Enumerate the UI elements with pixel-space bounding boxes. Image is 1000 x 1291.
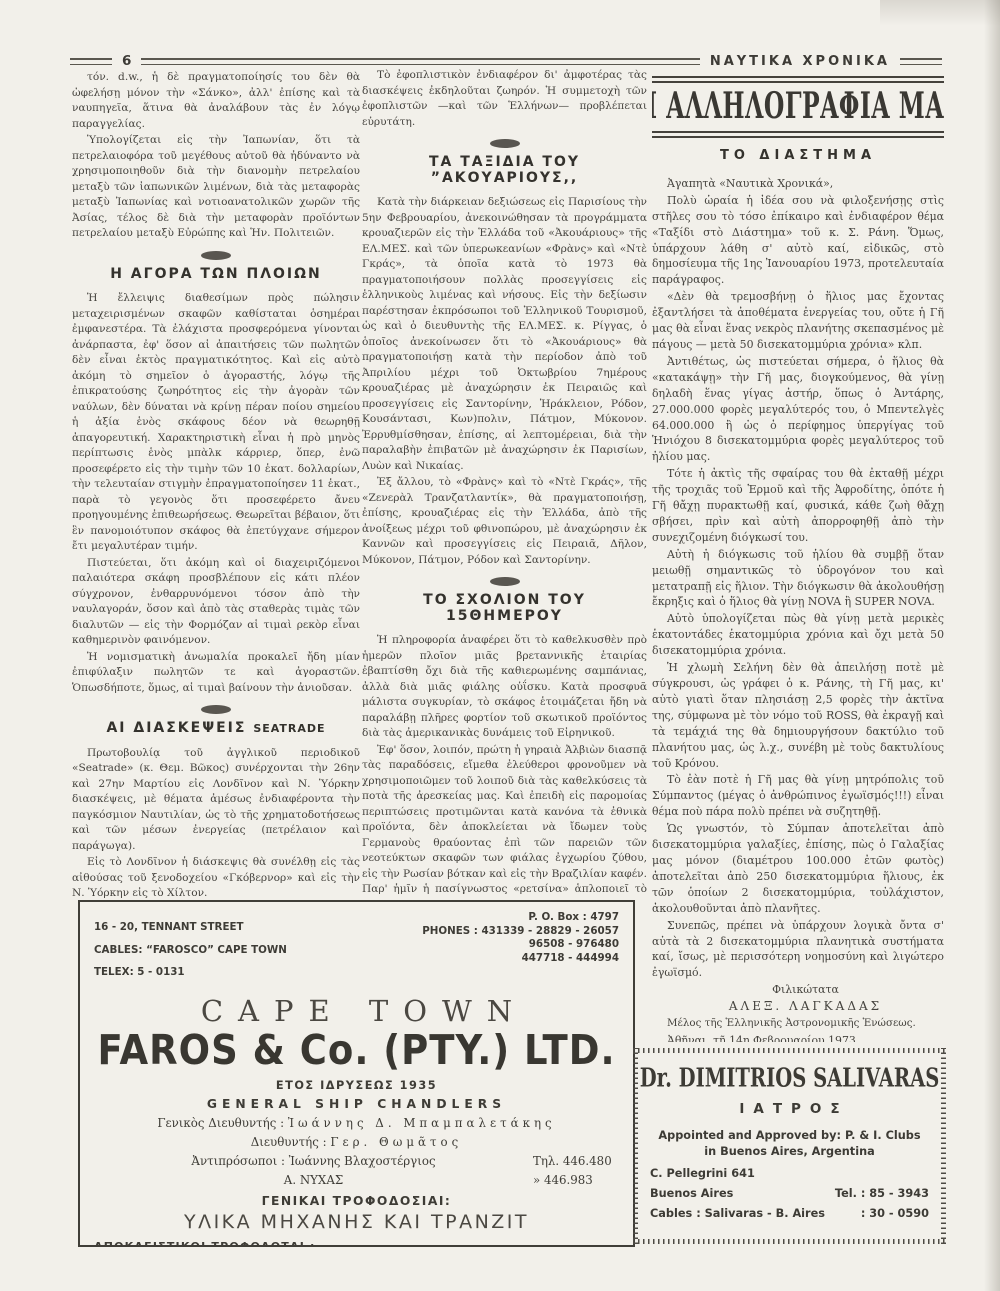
section-heading-fortnight-comment: ΤΟ ΣΧΟΛΙΟΝ ΤΟΥ 15ΘΗΜΕΡΟΥ bbox=[362, 593, 647, 624]
faros-po-box: P. O. Box : 4797 bbox=[422, 911, 619, 925]
faros-representative-row-2: Α. ΝΥΧΑΣ » 446.983 bbox=[94, 1173, 619, 1187]
salivaras-city: Buenos Aires bbox=[650, 1187, 733, 1200]
faros-phones-block: P. O. Box : 4797 PHONES : 431339 - 28829… bbox=[422, 911, 619, 988]
paragraph: Ἡ νομισματικὴ ἀνωμαλία προκαλεῖ ἤδη μίαν… bbox=[72, 650, 360, 697]
letter-closing: Φιλικώτατα bbox=[652, 982, 944, 998]
paragraph: Πρωτοβουλίᾳ τοῦ ἀγγλικοῦ περιοδικοῦ «Sea… bbox=[72, 746, 360, 855]
paragraph: Τὸ ἐφοπλιστικὸν ἐνδιαφέρον δι' ἀμφοτέρας… bbox=[362, 68, 647, 130]
paragraph: Τὸ ἐὰν ποτὲ ἡ Γῆ μας θὰ γίνῃ μητρόπολις … bbox=[652, 772, 944, 820]
column-right: Η ΑΛΛΗΛΟΓΡΑΦΙΑ ΜΑΣ ΤΟ ΔΙΑΣΤΗΜΑ Ἀγαπητὰ «… bbox=[652, 76, 944, 1042]
faros-city: CAPE TOWN bbox=[94, 994, 619, 1028]
faros-rep1-name: Ἰωάννης Βλαχοστέργιος bbox=[289, 1154, 436, 1168]
masthead-title: Η ΑΛΛΗΛΟΓΡΑΦΙΑ ΜΑΣ bbox=[652, 95, 944, 120]
middle-intro-paragraphs: Τὸ ἐφοπλιστικὸν ἐνδιαφέρον δι' ἀμφοτέρας… bbox=[362, 68, 647, 130]
faros-exclusive-label: ΑΠΟΚΛΕΙΣΤΙΚΟΙ ΤΡΟΦΟΔΟΤΑΙ : bbox=[94, 1240, 619, 1247]
faros-director-label: Διευθυντής : bbox=[251, 1135, 327, 1149]
paragraph: CABLES: “FAROSCO” CAPE TOWN bbox=[94, 944, 287, 956]
salivaras-cables-row: Cables : Salivaras - B. Aires : 30 - 059… bbox=[650, 1207, 929, 1220]
magazine-title: ΝΑΥΤΙΚΑ ΧΡΟΝΙΚΑ bbox=[710, 54, 890, 69]
faros-founded-year: ΕΤΟΣ ΙΔΡΥΣΕΩΣ 1935 bbox=[94, 1079, 619, 1092]
faros-company-name: FAROS & Co. (PTY.) LTD. bbox=[94, 1027, 619, 1074]
section-divider-ornament bbox=[201, 251, 231, 260]
paragraph: 16 - 20, TENNANT STREET bbox=[94, 921, 287, 933]
scan-edge-shadow bbox=[984, 0, 1000, 1291]
paragraph: Κατὰ τὴν διάρκειαν δεξιώσεως εἰς Παρισίο… bbox=[362, 195, 647, 474]
salivaras-doctor-title: ΙΑΤΡΟΣ bbox=[650, 1101, 929, 1117]
faros-rep1-tel: Τηλ. 446.480 bbox=[533, 1154, 619, 1168]
faros-general-manager-line: Γενικὸς Διευθυντής : Ἰωάννης Δ. Μπαμπαλε… bbox=[94, 1116, 619, 1130]
letter-paragraphs: Πολὺ ὡραία ἡ ἰδέα σου νὰ φιλοξενήσῃς στὶ… bbox=[652, 193, 944, 981]
paragraph: Ἐξ ἄλλου, τὸ «Φρὰνς» καὶ τὸ «Ντὲ Γκράς»,… bbox=[362, 475, 647, 568]
header-rule-left bbox=[70, 58, 112, 65]
seatrade-paragraphs: Πρωτοβουλίᾳ τοῦ ἀγγλικοῦ περιοδικοῦ «Sea… bbox=[72, 746, 360, 899]
faros-rep-label: Ἀντιπρόσωποι : bbox=[191, 1154, 285, 1168]
faros-advertisement: 16 - 20, TENNANT STREETCABLES: “FAROSCO”… bbox=[78, 900, 635, 1247]
salivaras-cables: Cables : Salivaras - B. Aires bbox=[650, 1207, 825, 1220]
hatched-border-right bbox=[941, 1048, 946, 1244]
section-divider-ornament bbox=[490, 139, 520, 148]
salivaras-tel: Tel. : 85 - 3943 bbox=[835, 1187, 929, 1200]
fortnight-comment-paragraphs: Ἡ πληροφορία ἀναφέρει ὅτι τὸ καθελκυσθὲν… bbox=[362, 633, 647, 898]
header-rule-right bbox=[900, 58, 942, 65]
faros-director-name: Γερ. Θωμᾶτος bbox=[330, 1135, 462, 1149]
faros-contact-block: 16 - 20, TENNANT STREETCABLES: “FAROSCO”… bbox=[94, 911, 619, 988]
paragraph: Πιστεύεται, ὅτι ἀκόμη καὶ οἱ διαχειριζόμ… bbox=[72, 556, 360, 649]
faros-gm-name: Ἰωάννης Δ. Μπαμπαλετάκης bbox=[288, 1116, 556, 1130]
faros-rep2-name: Α. ΝΥΧΑΣ bbox=[94, 1173, 533, 1187]
salivaras-approved-line: Appointed and Approved by: P. & I. Clubs bbox=[650, 1128, 929, 1144]
salivaras-cables-number: : 30 - 0590 bbox=[861, 1207, 929, 1220]
faros-supplies-title: ΓΕΝΙΚΑΙ ΤΡΟΦΟΔΟΣΙΑΙ: bbox=[94, 1194, 619, 1208]
faros-rep2-tel: » 446.983 bbox=[533, 1173, 619, 1187]
letter-signature-note: Μέλος τῆς Ἑλληνικῆς Ἀστρονομικῆς Ἑνώσεως… bbox=[652, 1016, 944, 1032]
paragraph: Ἡ ἔλλειψις διαθεσίμων πρὸς πώλησιν μεταχ… bbox=[72, 291, 360, 555]
header-rule-center bbox=[141, 58, 699, 65]
scan-corner-shadow bbox=[880, 0, 1000, 26]
letter-signature: ΑΛΕΞ. ΛΑΓΚΑΔΑΣ bbox=[652, 999, 944, 1015]
paragraph: Ἡ χλωμὴ Σελήνη δὲν θὰ ἀπειλήσῃ ποτὲ μὲ σ… bbox=[652, 660, 944, 771]
aquarius-paragraphs: Κατὰ τὴν διάρκειαν δεξιώσεως εἰς Παρισίο… bbox=[362, 195, 647, 568]
magazine-page: 6 ΝΑΥΤΙΚΑ ΧΡΟΝΙΚΑ τόν. d.w., ἡ δὲ πραγμα… bbox=[0, 0, 1000, 1291]
section-divider-ornament bbox=[201, 705, 231, 714]
faros-phones-line: PHONES : 431339 - 28829 - 26057 bbox=[422, 925, 619, 939]
faros-director-line: Διευθυντής : Γερ. Θωμᾶτος bbox=[94, 1135, 619, 1149]
faros-gm-label: Γενικὸς Διευθυντής : bbox=[157, 1116, 284, 1130]
paragraph: Πολὺ ὡραία ἡ ἰδέα σου νὰ φιλοξενήσῃς στὶ… bbox=[652, 193, 944, 288]
paragraph: Ὡς γνωστόν, τὸ Σύμπαν ἀποτελεῖται ἀπὸ δι… bbox=[652, 821, 944, 916]
seatrade-title: ΑΙ ΔΙΑΣΚΕΨΕΙΣ bbox=[106, 720, 246, 736]
paragraph: Εἰς τὸ Λονδῖνον ἡ διάσκεψις θὰ συνέλθῃ ε… bbox=[72, 855, 360, 898]
paragraph: Συνεπῶς, πρέπει νὰ ὑπάρχουν λογικὰ ὄντα … bbox=[652, 918, 944, 982]
paragraph: «Δὲν θὰ τρεμοσβήνῃ ὁ ἥλιος μας ἔχοντας ἐ… bbox=[652, 289, 944, 353]
paragraph: Ὑπολογίζεται εἰς τὴν Ἰαπωνίαν, ὅτι τὰ πε… bbox=[72, 133, 360, 242]
section-heading-ship-market: Η ΑΓΟΡΑ ΤΩΝ ΠΛΟΙΩΝ bbox=[72, 267, 360, 283]
paragraph: Αὐτὴ ἡ διόγκωσις τοῦ ἡλίου θὰ συμβῇ ὅταν… bbox=[652, 547, 944, 611]
salivaras-city-tel-row: Buenos Aires Tel. : 85 - 3943 bbox=[650, 1187, 929, 1200]
faros-phones-line: 96508 - 976480 bbox=[422, 938, 619, 952]
salivaras-ad-content: Dr. DIMITRIOS SALIVARAS ΙΑΤΡΟΣ Appointed… bbox=[638, 1053, 941, 1239]
faros-address-lines: 16 - 20, TENNANT STREETCABLES: “FAROSCO”… bbox=[94, 911, 287, 988]
letter-salutation: Ἀγαπητὰ «Ναυτικὰ Χρονικά», bbox=[652, 176, 944, 192]
seatrade-title-suffix: SEATRADE bbox=[253, 722, 325, 735]
faros-phones-line: 447718 - 444994 bbox=[422, 952, 619, 966]
paragraph: Ἀντιθέτως, ὡς πιστεύεται σήμερα, ὁ ἥλιος… bbox=[652, 354, 944, 465]
paragraph: Τότε ἡ ἀκτὶς τῆς σφαίρας του θὰ ἐκταθῇ μ… bbox=[652, 466, 944, 546]
salivaras-advertisement: Dr. DIMITRIOS SALIVARAS ΙΑΤΡΟΣ Appointed… bbox=[633, 1048, 946, 1244]
salivaras-doctor-name: Dr. DIMITRIOS SALIVARAS bbox=[640, 1061, 940, 1092]
faros-rep1: Ἀντιπρόσωποι : Ἰωάννης Βλαχοστέργιος bbox=[94, 1154, 533, 1168]
faros-subtitle: GENERAL SHIP CHANDLERS bbox=[94, 1097, 619, 1111]
faros-representative-row-1: Ἀντιπρόσωποι : Ἰωάννης Βλαχοστέργιος Τηλ… bbox=[94, 1154, 619, 1168]
section-divider-ornament bbox=[490, 577, 520, 586]
paragraph: Ἐφ' ὅσον, λοιπόν, πρώτη ἡ γηραιὰ Ἀλβιὼν … bbox=[362, 743, 647, 899]
letter-title: ΤΟ ΔΙΑΣΤΗΜΑ bbox=[652, 148, 944, 164]
salivaras-approved-line: in Buenos Aires, Argentina bbox=[650, 1144, 929, 1160]
salivaras-address: C. Pellegrini 641 bbox=[650, 1167, 929, 1180]
correspondence-masthead: Η ΑΛΛΗΛΟΓΡΑΦΙΑ ΜΑΣ bbox=[652, 76, 944, 138]
masthead-rule-bottom bbox=[652, 131, 944, 138]
masthead-rule-top bbox=[652, 76, 944, 83]
paragraph: Αὐτὸ ὑπολογίζεται πὼς θὰ γίνῃ μετὰ μερικ… bbox=[652, 611, 944, 659]
column-middle: Τὸ ἐφοπλιστικὸν ἐνδιαφέρον δι' ἀμφοτέρας… bbox=[362, 68, 647, 898]
hatched-border-bottom bbox=[633, 1239, 946, 1244]
section-heading-aquarius: ΤΑ ΤΑΞΙΔΙΑ ΤΟΥ ”ΑΚΟΥΑΡΙΟΥΣ,, bbox=[362, 155, 647, 186]
ship-market-paragraphs: Ἡ ἔλλειψις διαθεσίμων πρὸς πώλησιν μεταχ… bbox=[72, 291, 360, 696]
column-left: τόν. d.w., ἡ δὲ πραγματοποίησίς του δὲν … bbox=[72, 70, 360, 898]
paragraph: τόν. d.w., ἡ δὲ πραγματοποίησίς του δὲν … bbox=[72, 70, 360, 132]
page-number: 6 bbox=[122, 53, 131, 69]
salivaras-approved-by: Appointed and Approved by: P. & I. Clubs… bbox=[650, 1128, 929, 1160]
faros-supplies-line: ΥΛΙΚΑ ΜΗΧΑΝΗΣ ΚΑΙ ΤΡΑΝΖΙΤ bbox=[94, 1211, 619, 1233]
paragraph: Ἡ πληροφορία ἀναφέρει ὅτι τὸ καθελκυσθὲν… bbox=[362, 633, 647, 742]
section-heading-seatrade: ΑΙ ΔΙΑΣΚΕΨΕΙΣ SEATRADE bbox=[72, 721, 360, 737]
letter-dateline: Ἀθῆναι, τῇ 14ῃ Φεβρουαρίου 1973 bbox=[652, 1033, 944, 1042]
paragraph: TELEX: 5 - 0131 bbox=[94, 966, 287, 978]
left-intro-paragraphs: τόν. d.w., ἡ δὲ πραγματοποίησίς του δὲν … bbox=[72, 70, 360, 242]
